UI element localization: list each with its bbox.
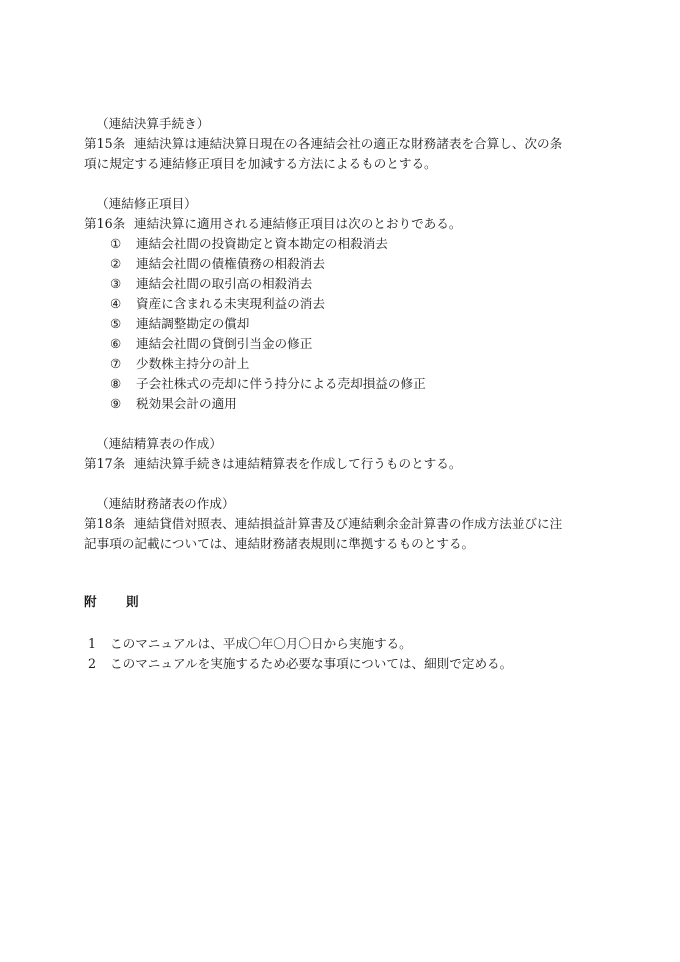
spacer	[84, 612, 594, 634]
spacer	[84, 174, 594, 194]
document-page: （連結決算手続き） 第15条連結決算は連結決算日現在の各連結会社の適正な財務諸表…	[84, 114, 594, 674]
adjustment-list: ①連結会社間の投資勘定と資本勘定の相殺消去 ②連結会社間の債権債務の相殺消去 ③…	[84, 234, 594, 414]
article-heading: （連結決算手続き）	[84, 114, 594, 134]
list-item: ⑦少数株主持分の計上	[84, 354, 594, 374]
article-text: 連結決算は連結決算日現在の各連結会社の適正な財務諸表を合算し、次の条	[134, 136, 562, 151]
article-text: 項に規定する連結修正項目を加減する方法によるものとする。	[84, 154, 594, 174]
article-number: 第18条	[84, 514, 134, 534]
article-number: 第17条	[84, 454, 134, 474]
list-item: ⑥連結会社間の貸倒引当金の修正	[84, 334, 594, 354]
article-15: （連結決算手続き） 第15条連結決算は連結決算日現在の各連結会社の適正な財務諸表…	[84, 114, 594, 174]
article-text: 連結決算手続きは連結精算表を作成して行うものとする。	[134, 456, 461, 471]
list-marker: ⑧	[110, 374, 136, 394]
list-item: ②連結会社間の債権債務の相殺消去	[84, 254, 594, 274]
article-heading: （連結精算表の作成）	[84, 434, 594, 454]
article-text: 記事項の記載については、連結財務諸表規則に準拠するものとする。	[84, 534, 594, 554]
article-text: 連結貸借対照表、連結損益計算書及び連結剰余金計算書の作成方法並びに注	[134, 516, 562, 531]
article-heading: （連結修正項目）	[84, 194, 594, 214]
article-line: 第17条連結決算手続きは連結精算表を作成して行うものとする。	[84, 454, 594, 474]
list-marker: ⑥	[110, 334, 136, 354]
supplementary-number: 1	[88, 634, 110, 654]
list-marker: ⑤	[110, 314, 136, 334]
list-marker: ④	[110, 294, 136, 314]
supplementary-text: このマニュアルを実施するため必要な事項については、細則で定める。	[110, 656, 512, 671]
list-item: ①連結会社間の投資勘定と資本勘定の相殺消去	[84, 234, 594, 254]
supplementary-number: 2	[88, 654, 110, 674]
list-marker: ②	[110, 254, 136, 274]
supplementary-text: このマニュアルは、平成〇年〇月〇日から実施する。	[110, 636, 412, 651]
article-18: （連結財務諸表の作成） 第18条連結貸借対照表、連結損益計算書及び連結剰余金計算…	[84, 494, 594, 554]
list-item: ⑨税効果会計の適用	[84, 394, 594, 414]
spacer	[84, 474, 594, 494]
list-item-text: 連結会社間の債権債務の相殺消去	[136, 256, 325, 271]
spacer	[84, 554, 594, 574]
supplementary-item: 1このマニュアルは、平成〇年〇月〇日から実施する。	[84, 634, 594, 654]
supplementary-item: 2このマニュアルを実施するため必要な事項については、細則で定める。	[84, 654, 594, 674]
list-item-text: 資産に含まれる未実現利益の消去	[136, 296, 325, 311]
spacer	[84, 414, 594, 434]
list-item: ④資産に含まれる未実現利益の消去	[84, 294, 594, 314]
article-number: 第15条	[84, 134, 134, 154]
supplementary-title: 附則	[84, 592, 594, 612]
article-line: 第18条連結貸借対照表、連結損益計算書及び連結剰余金計算書の作成方法並びに注	[84, 514, 594, 534]
list-item: ⑧子会社株式の売却に伴う持分による売却損益の修正	[84, 374, 594, 394]
list-item: ⑤連結調整勘定の償却	[84, 314, 594, 334]
article-line: 第16条連結決算に適用される連結修正項目は次のとおりである。	[84, 214, 594, 234]
list-marker: ⑨	[110, 394, 136, 414]
list-item-text: 連結会社間の投資勘定と資本勘定の相殺消去	[136, 236, 388, 251]
list-item-text: 連結会社間の貸倒引当金の修正	[136, 336, 312, 351]
supplementary-title-left: 附	[84, 592, 126, 612]
list-item-text: 子会社株式の売却に伴う持分による売却損益の修正	[136, 376, 426, 391]
article-16: （連結修正項目） 第16条連結決算に適用される連結修正項目は次のとおりである。 …	[84, 194, 594, 414]
article-line: 第15条連結決算は連結決算日現在の各連結会社の適正な財務諸表を合算し、次の条	[84, 134, 594, 154]
article-heading: （連結財務諸表の作成）	[84, 494, 594, 514]
list-item-text: 連結調整勘定の償却	[136, 316, 249, 331]
article-text: 連結決算に適用される連結修正項目は次のとおりである。	[134, 216, 461, 231]
list-item: ③連結会社間の取引高の相殺消去	[84, 274, 594, 294]
list-item-text: 連結会社間の取引高の相殺消去	[136, 276, 312, 291]
list-item-text: 税効果会計の適用	[136, 396, 237, 411]
article-number: 第16条	[84, 214, 134, 234]
supplementary-provisions: 附則 1このマニュアルは、平成〇年〇月〇日から実施する。 2このマニュアルを実施…	[84, 592, 594, 674]
list-marker: ③	[110, 274, 136, 294]
article-17: （連結精算表の作成） 第17条連結決算手続きは連結精算表を作成して行うものとする…	[84, 434, 594, 474]
list-marker: ①	[110, 234, 136, 254]
list-item-text: 少数株主持分の計上	[136, 356, 249, 371]
supplementary-title-right: 則	[126, 592, 139, 612]
list-marker: ⑦	[110, 354, 136, 374]
